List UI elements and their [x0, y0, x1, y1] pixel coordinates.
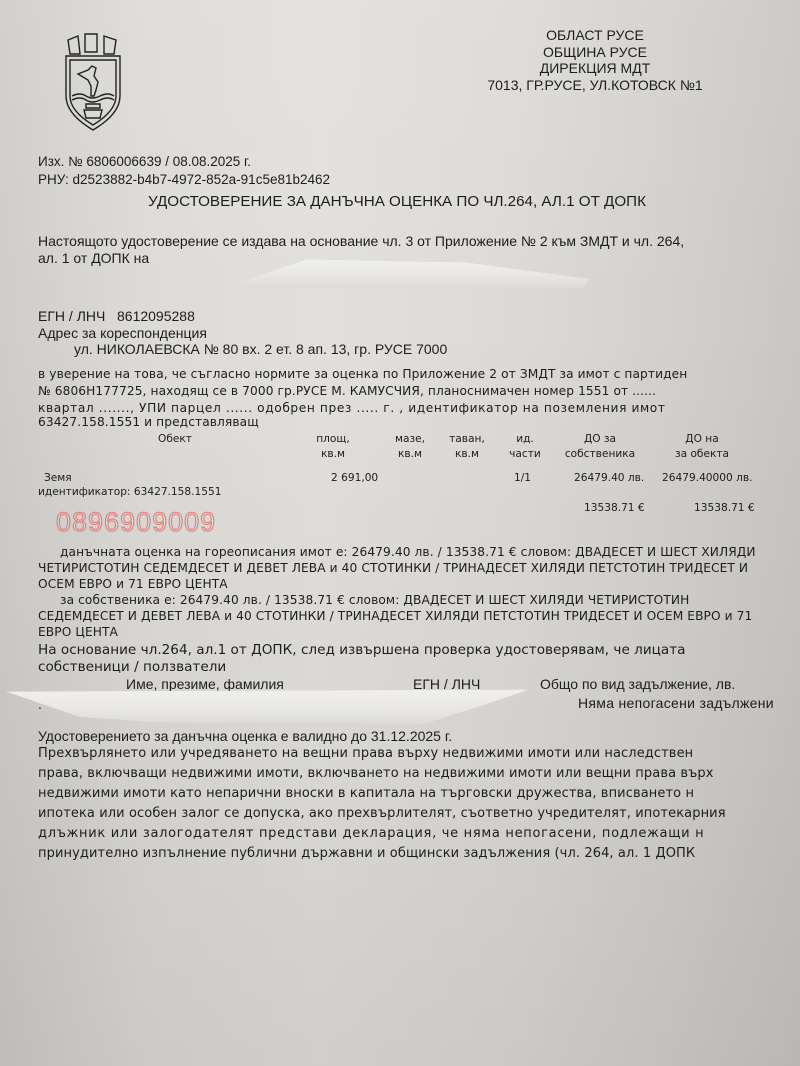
owner-valuation-line: ЕВРО ЦЕНТА	[38, 625, 118, 639]
owners-col-name: Име, презиме, фамилия	[126, 676, 284, 692]
intro-line: ал. 1 от ДОПК на	[38, 250, 149, 266]
col-header-basement: мазе,кв.м	[385, 432, 435, 462]
col-header-object: Обект	[130, 432, 220, 447]
owner-valuation-line: за собственика е: 26479.40 лв. / 13538.7…	[60, 593, 689, 607]
legal-note-line: ипотека или особен залог се допуска, ако…	[38, 806, 726, 821]
certification-line: собственици / ползватели	[38, 659, 226, 675]
rnu-code: РНУ: d2523882-b4b7-4972-852a-91c5e81b246…	[38, 172, 330, 187]
redaction-strip	[6, 688, 528, 724]
document-title: УДОСТОВЕРЕНИЕ ЗА ДАНЪЧНА ОЦЕНКА ПО ЧЛ.26…	[148, 193, 646, 210]
legal-note-line: права, включващи недвижими имоти, включв…	[38, 766, 714, 781]
org-line: ОБЛАСТ РУСЕ	[470, 27, 720, 44]
property-line: № 6806Н177725, находящ се в 7000 гр.РУСЕ…	[38, 384, 656, 398]
egn-label: ЕГН / ЛНЧ	[38, 308, 105, 324]
intro-line: Настоящото удостоверение се издава на ос…	[38, 233, 684, 249]
property-line: 63427.158.1551 и представляващ	[38, 415, 259, 429]
owners-col-egn: ЕГН / ЛНЧ	[413, 676, 480, 692]
valuation-line: ОСЕМ ЕВРО и 71 ЕВРО ЦЕНТА	[38, 577, 228, 591]
cell-share: 1/1	[514, 472, 531, 484]
col-header-area: площ,кв.м	[305, 432, 361, 462]
address-label: Адрес за кореспонденция	[38, 325, 207, 341]
cell-owner-value-eur: 13538.71 €	[584, 502, 645, 514]
address-value: ул. НИКОЛАЕВСКА № 80 вх. 2 ет. 8 ап. 13,…	[74, 341, 447, 357]
cell-object-value-eur: 13538.71 €	[694, 502, 755, 514]
cell-object-value-bgn: 26479.40000 лв.	[662, 472, 753, 484]
valuation-line: данъчната оценка на гореописания имот е:…	[60, 545, 756, 559]
owner-valuation-line: СЕДЕМДЕСЕТ И ДЕВЕТ ЛЕВА и 40 СТОТИНКИ / …	[38, 609, 752, 623]
col-header-attic: таван,кв.м	[440, 432, 494, 462]
property-line: квартал ......., УПИ парцел ...... одобр…	[38, 401, 666, 415]
coat-of-arms-icon	[64, 30, 122, 134]
validity-statement: Удостоверението за данъчна оценка е вали…	[38, 728, 452, 744]
col-header-owner-value: ДО засобственика	[555, 432, 645, 462]
issuing-authority: ОБЛАСТ РУСЕ ОБЩИНА РУСЕ ДИРЕКЦИЯ МДТ 701…	[470, 27, 720, 93]
col-header-share: ид.части	[500, 432, 550, 462]
legal-note-line: Прехвърлянето или учредяването на вещни …	[38, 746, 693, 761]
egn-value: 8612095288	[117, 308, 195, 324]
org-line: ДИРЕКЦИЯ МДТ	[470, 60, 720, 77]
cell-object: Земя	[44, 472, 72, 484]
redaction-strip	[236, 258, 590, 288]
overlay-phone-number: 0896909009	[56, 507, 216, 538]
cell-area: 2 691,00	[331, 472, 378, 484]
cell-owner-value-bgn: 26479.40 лв.	[574, 472, 644, 484]
owners-row-status: Няма непогасени задължени	[578, 695, 774, 711]
certification-line: На основание чл.264, ал.1 от ДОПК, след …	[38, 642, 686, 658]
org-line: 7013, ГР.РУСЕ, УЛ.КОТОВСК №1	[470, 77, 720, 94]
legal-note-line: принудително изпълнение публични държавн…	[38, 846, 695, 861]
legal-note-line: длъжник или залогодателят представи декл…	[38, 826, 704, 841]
cell-identifier: идентификатор: 63427.158.1551	[38, 486, 221, 498]
valuation-line: ЧЕТИРИСТОТИН СЕДЕМДЕСЕТ И ДЕВЕТ ЛЕВА и 4…	[38, 561, 748, 575]
property-line: в уверение на това, че съгласно нормите …	[38, 367, 687, 381]
legal-note-line: недвижими имоти като непарични вноски в …	[38, 786, 694, 801]
col-header-object-value: ДО наза обекта	[660, 432, 744, 462]
egn-row: ЕГН / ЛНЧ 8612095288	[38, 308, 195, 324]
owners-col-total: Общо по вид задължение, лв.	[540, 676, 735, 692]
org-line: ОБЩИНА РУСЕ	[470, 44, 720, 61]
outgoing-number: Изх. № 6806006639 / 08.08.2025 г.	[38, 154, 251, 169]
